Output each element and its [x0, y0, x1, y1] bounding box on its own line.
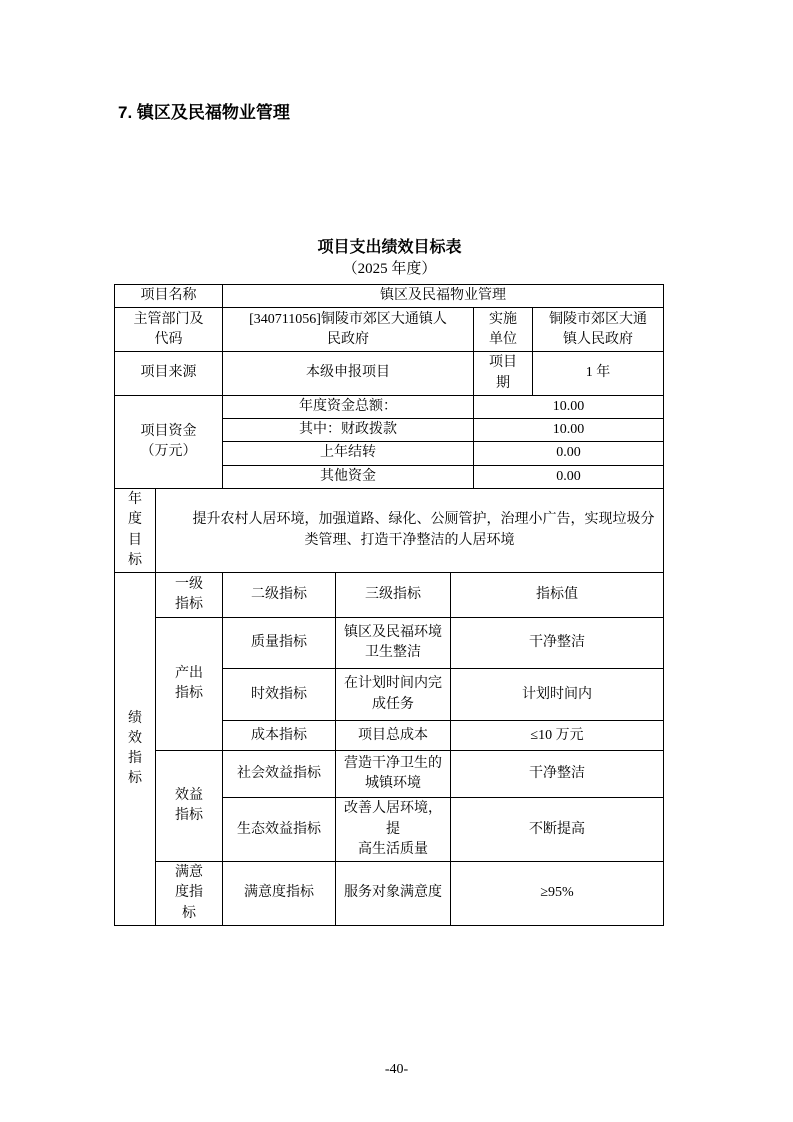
header-level1: 一级 指标 [156, 573, 223, 618]
satisfaction-level3: 服务对象满意度 [336, 862, 451, 926]
annual-goal-label: 年 度 目 标 [115, 489, 156, 573]
dept-label: 主管部门及 代码 [115, 308, 223, 352]
row-satisfaction-indicator: 满意 度指 标 满意度指标 服务对象满意度 ≥95% [115, 862, 664, 926]
header-level2: 二级指标 [223, 573, 336, 618]
row-project-name: 项目名称 镇区及民福物业管理 [115, 285, 664, 308]
eco-value: 不断提高 [451, 798, 664, 862]
satisfaction-level2: 满意度指标 [223, 862, 336, 926]
eco-level3: 改善人居环境，提 高生活质量 [336, 798, 451, 862]
group-output-label: 产出 指标 [156, 618, 223, 751]
source-value: 本级申报项目 [223, 352, 474, 396]
cost-level2: 成本指标 [223, 721, 336, 751]
period-label: 项目 期 [474, 352, 533, 396]
row-source: 项目来源 本级申报项目 项目 期 1 年 [115, 352, 664, 396]
funding-carryover-value: 0.00 [474, 442, 664, 465]
header-level3: 三级指标 [336, 573, 451, 618]
project-name-label: 项目名称 [115, 285, 223, 308]
funding-carryover-label: 上年结转 [223, 442, 474, 465]
eco-level2: 生态效益指标 [223, 798, 336, 862]
group-satisfaction-label: 满意 度指 标 [156, 862, 223, 926]
quality-level3: 镇区及民福环境 卫生整洁 [336, 618, 451, 669]
cost-value: ≤10 万元 [451, 721, 664, 751]
row-quality-indicator: 产出 指标 质量指标 镇区及民福环境 卫生整洁 干净整洁 [115, 618, 664, 669]
funding-fiscal-value: 10.00 [474, 419, 664, 442]
satisfaction-value: ≥95% [451, 862, 664, 926]
indicators-side-label: 绩 效 指 标 [115, 573, 156, 926]
table-title: 项目支出绩效目标表 [114, 238, 665, 257]
table-block: 项目支出绩效目标表 （2025 年度） 项目名称 镇区及民福物业管理 主管部门及… [114, 238, 665, 926]
row-annual-goal: 年 度 目 标 提升农村人居环境，加强道路、绿化、公厕管护，治理小广告，实现垃圾… [115, 489, 664, 573]
source-label: 项目来源 [115, 352, 223, 396]
funding-fiscal-label: 其中：财政拨款 [223, 419, 474, 442]
header-value: 指标值 [451, 573, 664, 618]
group-benefit-label: 效益 指标 [156, 751, 223, 862]
funding-total-value: 10.00 [474, 395, 664, 418]
funding-label: 项目资金 （万元） [115, 395, 223, 488]
impl-unit-value: 铜陵市郊区大通 镇人民政府 [533, 308, 664, 352]
dept-value: [340711056]铜陵市郊区大通镇人 民政府 [223, 308, 474, 352]
timeliness-level3: 在计划时间内完 成任务 [336, 669, 451, 721]
row-funding-total: 项目资金 （万元） 年度资金总额： 10.00 [115, 395, 664, 418]
quality-level2: 质量指标 [223, 618, 336, 669]
social-level3: 营造干净卫生的 城镇环境 [336, 751, 451, 798]
impl-unit-label: 实施 单位 [474, 308, 533, 352]
row-indicator-header: 绩 效 指 标 一级 指标 二级指标 三级指标 指标值 [115, 573, 664, 618]
table-subtitle: （2025 年度） [114, 260, 665, 279]
funding-other-label: 其他资金 [223, 465, 474, 488]
period-value: 1 年 [533, 352, 664, 396]
cost-level3: 项目总成本 [336, 721, 451, 751]
timeliness-value: 计划时间内 [451, 669, 664, 721]
funding-other-value: 0.00 [474, 465, 664, 488]
timeliness-level2: 时效指标 [223, 669, 336, 721]
row-department: 主管部门及 代码 [340711056]铜陵市郊区大通镇人 民政府 实施 单位 … [115, 308, 664, 352]
social-value: 干净整洁 [451, 751, 664, 798]
quality-value: 干净整洁 [451, 618, 664, 669]
row-social-benefit-indicator: 效益 指标 社会效益指标 营造干净卫生的 城镇环境 干净整洁 [115, 751, 664, 798]
document-page: 7. 镇区及民福物业管理 项目支出绩效目标表 （2025 年度） 项目名称 镇区… [0, 0, 793, 1122]
performance-target-table: 项目名称 镇区及民福物业管理 主管部门及 代码 [340711056]铜陵市郊区… [114, 284, 664, 926]
section-heading: 7. 镇区及民福物业管理 [118, 101, 290, 125]
annual-goal-text: 提升农村人居环境，加强道路、绿化、公厕管护，治理小广告，实现垃圾分类管理、打造干… [156, 489, 664, 573]
funding-total-label: 年度资金总额： [223, 395, 474, 418]
social-level2: 社会效益指标 [223, 751, 336, 798]
page-number: -40- [0, 1062, 793, 1078]
project-name-value: 镇区及民福物业管理 [223, 285, 664, 308]
